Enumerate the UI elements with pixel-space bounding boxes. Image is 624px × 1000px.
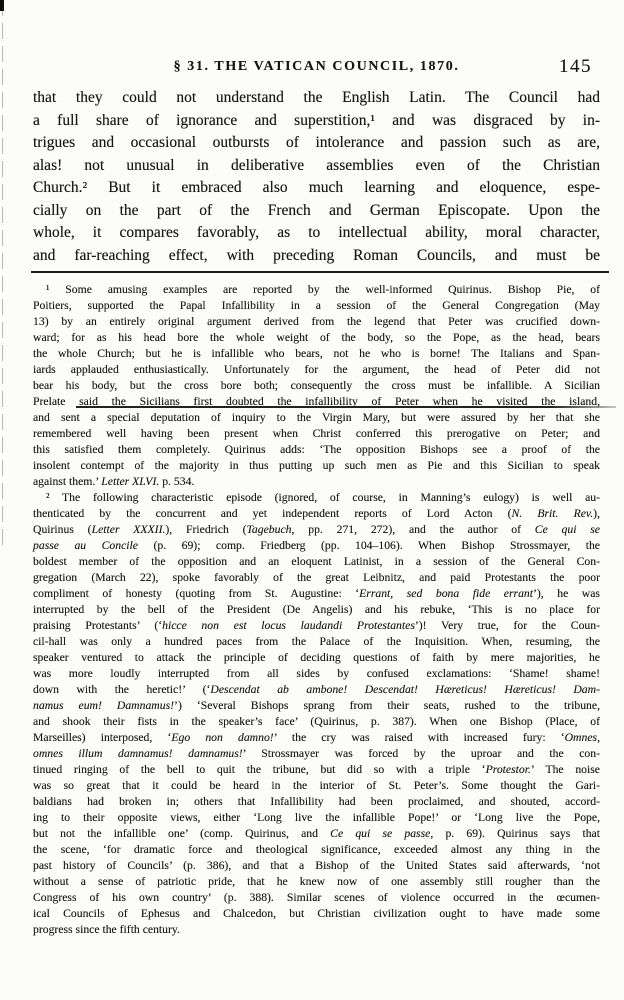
footnote-text-line: speaker ventured to attack the principle… <box>33 650 600 666</box>
footnote-text-line: boldest member of the opposition and an … <box>33 554 600 570</box>
footnote-text-line: and shook their fists in the speaker’s f… <box>33 714 600 730</box>
footnote-text-line: omnes illum damnamus! damnamus!’ Strossm… <box>33 746 600 762</box>
body-paragraph: that they could not understand the Engli… <box>33 87 600 267</box>
body-text-line: trigues and occasional outbursts of into… <box>33 132 600 155</box>
footnote-text-line: bear his body, but the cross bore both; … <box>33 378 600 394</box>
footnote-text-line: this satisfied them completely. Quirinus… <box>33 442 600 458</box>
footnote-text-line: the scene, ‘for dramatic force and theol… <box>33 842 600 858</box>
body-text-line: whole, it compares favorably, as to inte… <box>33 222 600 245</box>
footnote-text-line: Marseilles) interposed, ‘Ego non damno!’… <box>33 730 600 746</box>
footnote-text-line: tinued ringing of the bell to quit the t… <box>33 762 600 778</box>
footnote-text-line: iards applauded enthusiastically. Unfort… <box>33 362 600 378</box>
footnote-text-line: was so great that it could be heard in t… <box>33 778 600 794</box>
section-heading: § 31. THE VATICAN COUNCIL, 1870. <box>174 59 460 75</box>
footnote-separator-rule <box>31 271 609 273</box>
footnote-text-line: past history of Councils’ (p. 386), and … <box>33 858 600 874</box>
scanned-book-page: § 31. THE VATICAN COUNCIL, 1870. 145 tha… <box>0 0 624 1000</box>
footnote-text-line: the whole Church; but he is infallible w… <box>33 346 600 362</box>
footnote-text-line: Quirinus (Letter XXXII.), Friedrich (Tag… <box>33 522 600 538</box>
footnote-1: ¹ Some amusing examples are reported by … <box>33 282 600 490</box>
footnote-text-line: Congress of his own country’ (p. 388). S… <box>33 890 600 906</box>
footnote-text-line: insolent contempt of the majority in thu… <box>33 458 600 474</box>
footnote-text-line: and sent a special deputation of inquiry… <box>33 410 600 426</box>
footnote-text-line: ward; for as his head bore the whole wei… <box>33 330 600 346</box>
footnote-text-line: gregation (March 22), spoke favorably of… <box>33 570 600 586</box>
footnote-text-line: cil-hall was only a hundred paces from t… <box>33 634 600 650</box>
footnote-text-line: namus eum! Damnamus!’) ‘Several Bishops … <box>33 698 600 714</box>
body-text-line: cially on the part of the French and Ger… <box>33 200 600 223</box>
footnote-text-line: 13) by an entirely original argument der… <box>33 314 600 330</box>
page-header: § 31. THE VATICAN COUNCIL, 1870. 145 <box>33 57 600 83</box>
footnotes-block: ¹ Some amusing examples are reported by … <box>33 282 600 938</box>
footnote-text-line: Prelate said the Sicilians first doubted… <box>33 394 600 410</box>
footnote-text-line: interrupted by the bell of the President… <box>33 602 600 618</box>
scan-left-edge-line <box>2 0 3 545</box>
footnote-text-line: remembered well having been present when… <box>33 426 600 442</box>
footnote-text-line: down with the heretic!’ (‘Descendat ab a… <box>33 682 600 698</box>
footnote-text-line: praising Protestants’ (‘hicce non est lo… <box>33 618 600 634</box>
footnote-text-line: thenticated by the concurrent and yet in… <box>33 506 600 522</box>
body-text-line: and far-reaching effect, with preceding … <box>33 245 600 268</box>
footnote-text-line: ¹ Some amusing examples are reported by … <box>33 282 600 298</box>
footnote-text-line: Poitiers, supported the Papal Infallibil… <box>33 298 600 314</box>
footnote-text-line: but not the infallible one’ (comp. Quiri… <box>33 826 600 842</box>
footnote-text-line: progress since the fifth century. <box>33 922 600 938</box>
footnote-text-line: ² The following characteristic episode (… <box>33 490 600 506</box>
body-text-line: that they could not understand the Engli… <box>33 87 600 110</box>
footnote-text-line: passe au Concile (p. 69); comp. Friedber… <box>33 538 600 554</box>
footnote-text-line: compliment of honesty (quoting from St. … <box>33 586 600 602</box>
footnote-text-line: ing to their opposite views, either ‘Lon… <box>33 810 600 826</box>
footnote-text-line: ical Councils of Ephesus and Chalcedon, … <box>33 906 600 922</box>
body-text-line: Church.² But it embraced also much learn… <box>33 177 600 200</box>
footnote-text-line: was more loudly interrupted from all sid… <box>33 666 600 682</box>
footnote-text-line: without a sense of patriotic pride, that… <box>33 874 600 890</box>
body-text-line: alas! not unusual in deliberative assemb… <box>33 155 600 178</box>
pencil-underline-mark <box>76 406 616 408</box>
footnote-2: ² The following characteristic episode (… <box>33 490 600 938</box>
body-text-line: a full share of ignorance and superstiti… <box>33 110 600 133</box>
footnote-text-line: against them.’ Letter XLVI. p. 534. <box>33 474 600 490</box>
footnote-text-line: baldians had broken in; others that Infa… <box>33 794 600 810</box>
page-number: 145 <box>559 56 592 78</box>
